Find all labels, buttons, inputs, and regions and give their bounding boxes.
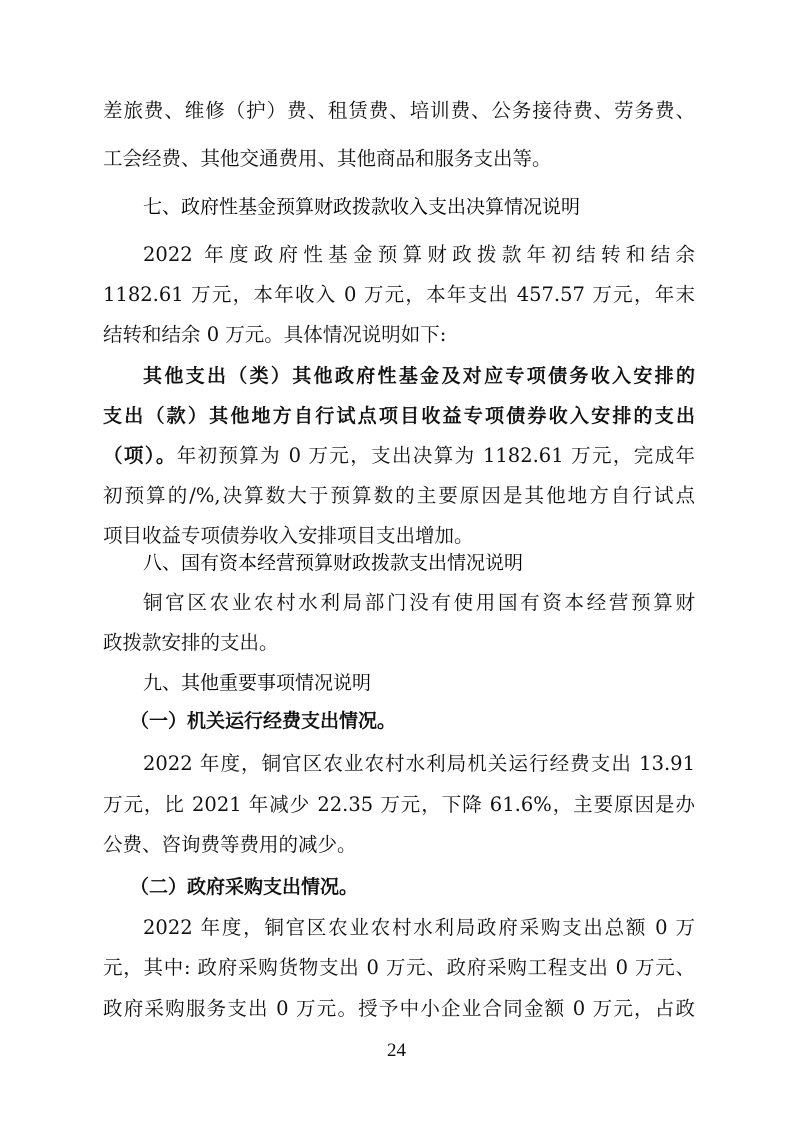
section-heading-7: 七、政府性基金预算财政拨款收入支出决算情况说明 [143,192,695,222]
document-page: 差旅费、维修（护）费、租赁费、培训费、公务接待费、劳务费、 工会经费、其他交通费… [0,0,793,1122]
subsection-heading-1: （一）机关运行经费支出情况。 [130,706,722,736]
paragraph-text: 年初预算为 0 万元，支出决算为 1182.61 万元，完成年 [177,444,695,467]
paragraph-line: 政拨款安排的支出。 [103,628,695,658]
page-number: 24 [0,1040,793,1062]
paragraph-line: 万元，比 2021 年减少 22.35 万元，下降 61.6%，主要原因是办 [103,790,695,820]
paragraph-line: 工会经费、其他交通费用、其他商品和服务支出等。 [103,144,695,174]
paragraph-line: 初预算的/%,决算数大于预算数的主要原因是其他地方自行试点 [103,481,695,511]
paragraph-line: 公费、咨询费等费用的减少。 [103,830,695,860]
section-heading-8: 八、国有资本经营预算财政拨款支出情况说明 [143,548,695,578]
subsection-heading-2: （二）政府采购支出情况。 [130,872,722,902]
paragraph-line: 元，其中: 政府采购货物支出 0 万元、政府采购工程支出 0 万元、 [103,953,695,983]
bold-item-title: 支出（款）其他地方自行试点项目收益专项债券收入安排的支出 [103,401,695,431]
paragraph-line: 1182.61 万元，本年收入 0 万元，本年支出 457.57 万元，年末 [103,280,695,310]
bold-item-title: 其他支出（类）其他政府性基金及对应专项债务收入安排的 [143,361,695,391]
paragraph-line: 结转和结余 0 万元。具体情况说明如下: [103,320,695,350]
bold-item-suffix: （项）。 [103,444,177,467]
paragraph-line: 政府采购服务支出 0 万元。授予中小企业合同金额 0 万元，占政 [103,994,695,1024]
paragraph-line: 2022 年度政府性基金预算财政拨款年初结转和结余 [143,240,695,270]
paragraph-line: 项目收益专项债券收入安排项目支出增加。 [103,521,695,551]
paragraph-line: （项）。年初预算为 0 万元，支出决算为 1182.61 万元，完成年 [103,441,695,471]
paragraph-line: 铜官区农业农村水利局部门没有使用国有资本经营预算财 [143,588,695,618]
paragraph-line: 2022 年度，铜官区农业农村水利局政府采购支出总额 0 万 [143,913,695,943]
paragraph-line: 差旅费、维修（护）费、租赁费、培训费、公务接待费、劳务费、 [103,96,695,126]
paragraph-line: 2022 年度，铜官区农业农村水利局机关运行经费支出 13.91 [143,749,695,779]
section-heading-9: 九、其他重要事项情况说明 [143,668,695,698]
